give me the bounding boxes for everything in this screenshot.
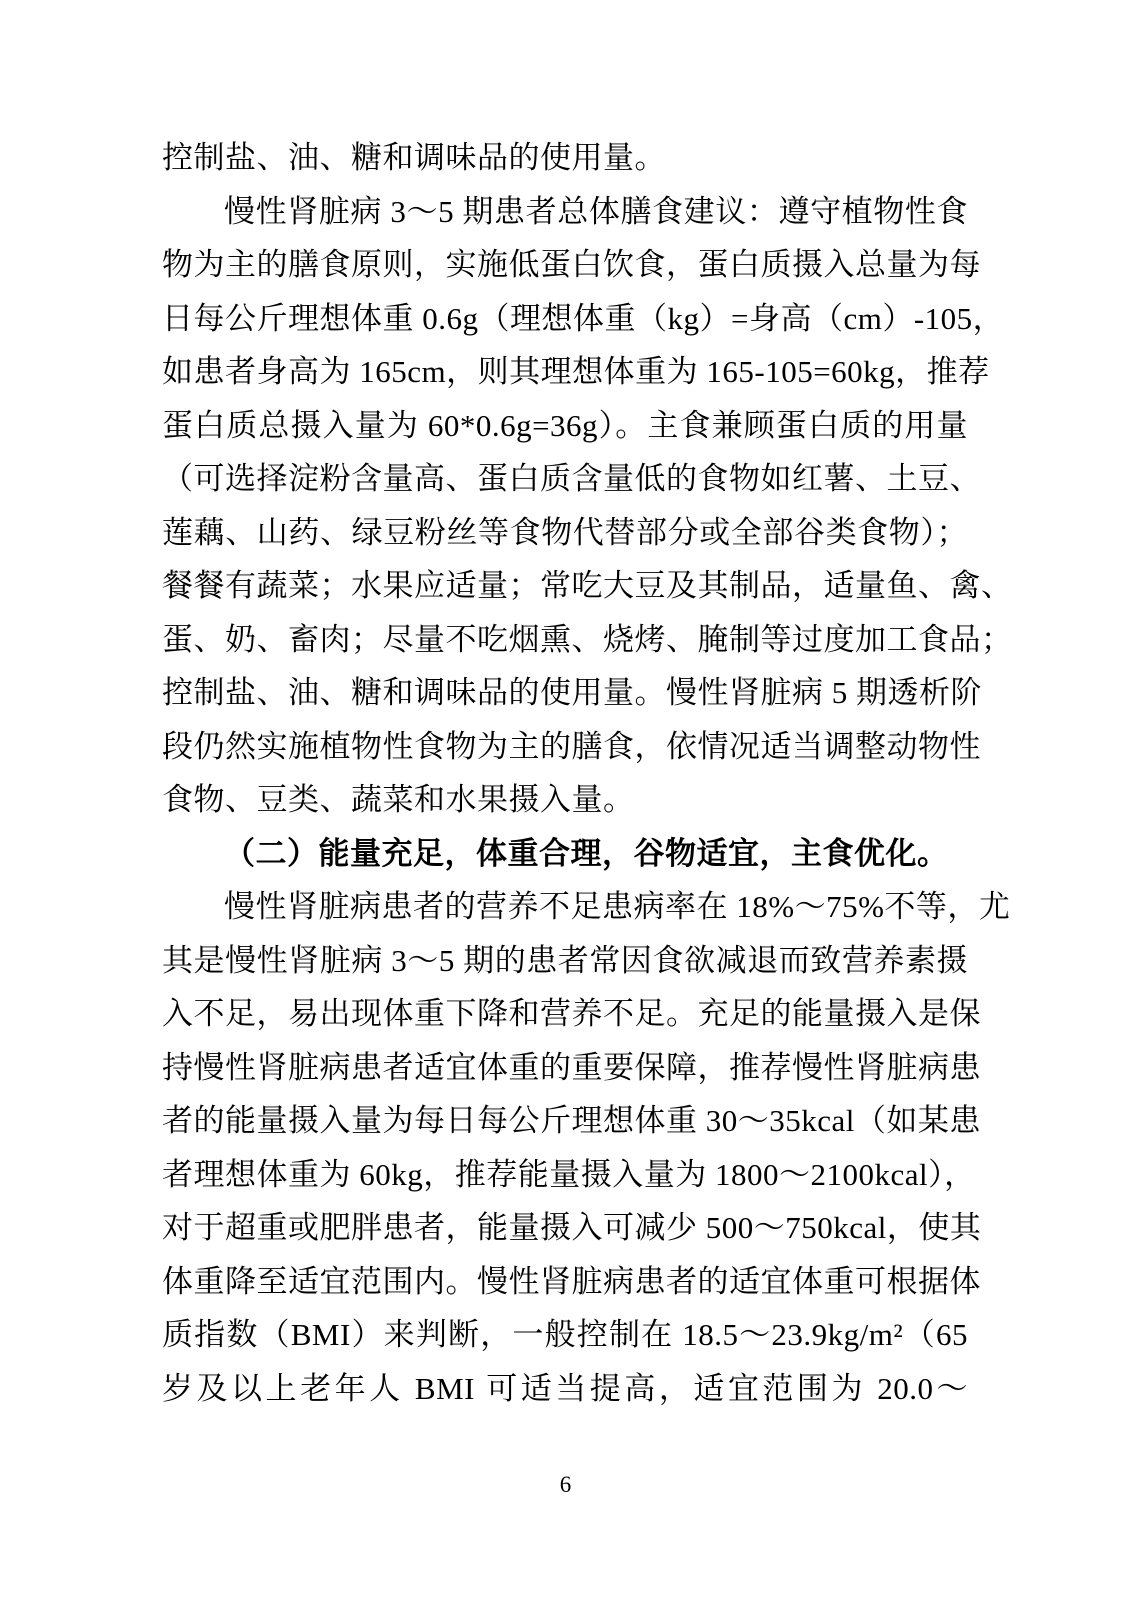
body-text-line: 日每公斤理想体重 0.6g（理想体重（kg）=身高（cm）-105， (162, 292, 968, 346)
body-text-line: 岁及以上老年人 BMI 可适当提高，适宜范围为 20.0～ (162, 1362, 968, 1416)
body-text-line: 者理想体重为 60kg，推荐能量摄入量为 1800～2100kcal）， (162, 1148, 968, 1202)
page-number: 6 (0, 1472, 1131, 1498)
document-page: 控制盐、油、糖和调味品的使用量。 慢性肾脏病 3～5 期患者总体膳食建议：遵守植… (0, 0, 1131, 1600)
section-heading: （二）能量充足，体重合理，谷物适宜，主食优化。 (162, 827, 968, 881)
body-text-line: 莲藕、山药、绿豆粉丝等食物代替部分或全部谷类食物）； (162, 506, 968, 560)
body-text-line: 对于超重或肥胖患者，能量摄入可减少 500～750kcal，使其 (162, 1201, 968, 1255)
body-text-line: 入不足，易出现体重下降和营养不足。充足的能量摄入是保 (162, 987, 968, 1041)
body-text-line: 体重降至适宜范围内。慢性肾脏病患者的适宜体重可根据体 (162, 1255, 968, 1309)
body-text-line: 蛋白质总摄入量为 60*0.6g=36g）。主食兼顾蛋白质的用量 (162, 399, 968, 453)
body-text-line: 控制盐、油、糖和调味品的使用量。 (162, 131, 968, 185)
body-text-line: 段仍然实施植物性食物为主的膳食，依情况适当调整动物性 (162, 720, 968, 774)
body-text-line: （可选择淀粉含量高、蛋白质含量低的食物如红薯、土豆、 (162, 452, 968, 506)
body-text-line: 蛋、奶、畜肉；尽量不吃烟熏、烧烤、腌制等过度加工食品； (162, 613, 968, 667)
body-text-line: 物为主的膳食原则，实施低蛋白饮食，蛋白质摄入总量为每 (162, 238, 968, 292)
document-body: 控制盐、油、糖和调味品的使用量。 慢性肾脏病 3～5 期患者总体膳食建议：遵守植… (162, 131, 968, 1415)
body-text-line: 持慢性肾脏病患者适宜体重的重要保障，推荐慢性肾脏病患 (162, 1041, 968, 1095)
body-text-line: 慢性肾脏病患者的营养不足患病率在 18%～75%不等，尤 (162, 880, 968, 934)
body-text-line: 如患者身高为 165cm，则其理想体重为 165-105=60kg，推荐 (162, 345, 968, 399)
body-text-line: 食物、豆类、蔬菜和水果摄入量。 (162, 773, 968, 827)
body-text-line: 控制盐、油、糖和调味品的使用量。慢性肾脏病 5 期透析阶 (162, 666, 968, 720)
body-text-line: 其是慢性肾脏病 3～5 期的患者常因食欲减退而致营养素摄 (162, 934, 968, 988)
body-text-line: 慢性肾脏病 3～5 期患者总体膳食建议：遵守植物性食 (162, 185, 968, 239)
body-text-line: 者的能量摄入量为每日每公斤理想体重 30～35kcal（如某患 (162, 1094, 968, 1148)
body-text-line: 质指数（BMI）来判断，一般控制在 18.5～23.9kg/m²（65 (162, 1308, 968, 1362)
body-text-line: 餐餐有蔬菜；水果应适量；常吃大豆及其制品，适量鱼、禽、 (162, 559, 968, 613)
